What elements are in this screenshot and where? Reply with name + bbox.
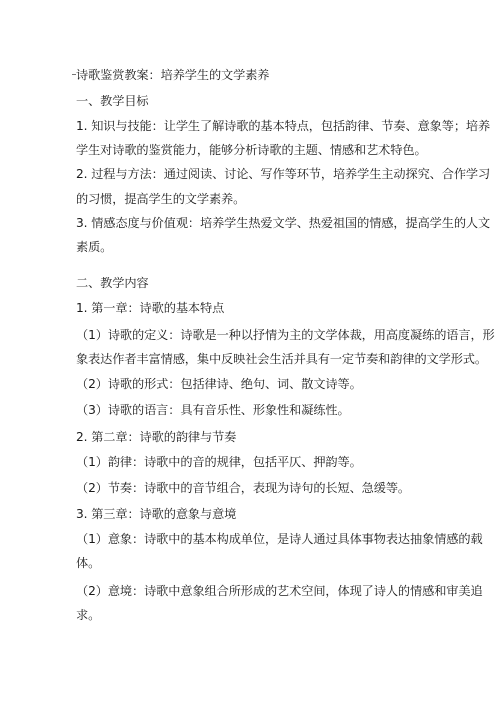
- chapter-1-item-1-line-2: 象表达作者丰富情感，集中反映社会生活并具有一定节奏和韵律的文学形式。: [76, 351, 436, 367]
- chapter-1-item-1-line-1: （1）诗歌的定义：诗歌是一种以抒情为主的文学体裁，用高度凝练的语言，形: [76, 327, 436, 343]
- chapter-2-item-1: （1）韵律：诗歌中的音的规律，包括平仄、押韵等。: [76, 454, 436, 470]
- section-heading-content: 二、教学内容: [76, 275, 436, 291]
- objective-2-line-1: 2. 过程与方法：通过阅读、讨论、写作等环节，培养学生主动探究、合作学习: [76, 166, 436, 182]
- chapter-1-title: 1. 第一章：诗歌的基本特点: [76, 300, 436, 316]
- section-heading-objectives: 一、教学目标: [76, 93, 436, 109]
- chapter-3-item-2-line-1: （2）意境：诗歌中意象组合所形成的艺术空间，体现了诗人的情感和审美追: [76, 583, 436, 599]
- chapter-2-title: 2. 第二章：诗歌的韵律与节奏: [76, 429, 436, 445]
- chapter-3-item-1-line-1: （1）意象：诗歌中的基本构成单位，是诗人通过具体事物表达抽象情感的载: [76, 531, 436, 547]
- chapter-1-item-2: （2）诗歌的形式：包括律诗、绝句、词、散文诗等。: [76, 376, 436, 392]
- chapter-3-item-2-line-2: 求。: [76, 607, 436, 623]
- chapter-3-title: 3. 第三章：诗歌的意象与意境: [76, 506, 436, 522]
- document-title: 诗歌鉴赏教案：培养学生的文学素养: [76, 67, 436, 83]
- objective-1-line-1: 1. 知识与技能：让学生了解诗歌的基本特点，包括韵律、节奏、意象等；培养: [76, 118, 436, 134]
- objective-3-line-1: 3. 情感态度与价值观：培养学生热爱文学、热爱祖国的情感，提高学生的人文: [76, 215, 436, 231]
- objective-3-line-2: 素质。: [76, 239, 436, 255]
- objective-2-line-2: 的习惯，提高学生的文学素养。: [76, 191, 436, 207]
- chapter-2-item-2: （2）节奏：诗歌中的音节组合，表现为诗句的长短、急缓等。: [76, 480, 436, 496]
- chapter-3-item-1-line-2: 体。: [76, 555, 436, 571]
- objective-1-line-2: 学生对诗歌的鉴赏能力，能够分析诗歌的主题、情感和艺术特色。: [76, 142, 436, 158]
- chapter-1-item-3: （3）诗歌的语言：具有音乐性、形象性和凝练性。: [76, 402, 436, 418]
- document-page: 诗歌鉴赏教案：培养学生的文学素养 一、教学目标 1. 知识与技能：让学生了解诗歌…: [0, 0, 500, 707]
